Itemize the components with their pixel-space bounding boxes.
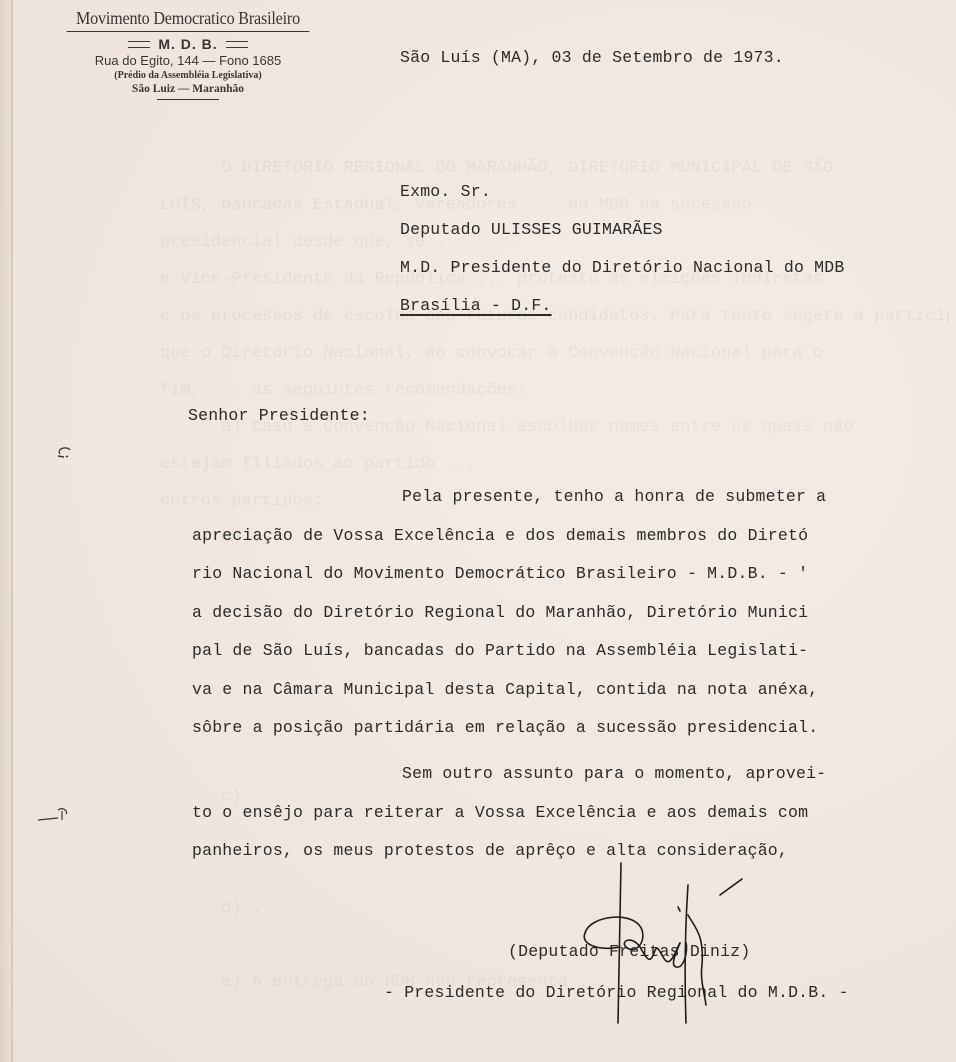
body-paragraph-2: Sem outro assunto para o momento, aprove… xyxy=(192,755,826,871)
double-rule-right xyxy=(226,41,248,48)
letterhead-abbreviation-row: M. D. B. xyxy=(56,36,320,52)
body-line: rio Nacional do Movimento Democrático Br… xyxy=(192,555,826,594)
letter-page: O DIRETÓRIO REGIONAL DO MARANHÃO, DIRETÓ… xyxy=(0,0,956,1062)
double-rule-left xyxy=(128,41,150,48)
recipient-block: Exmo. Sr. Deputado ULISSES GUIMARÃES M.D… xyxy=(400,173,844,325)
recipient-name: Deputado ULISSES GUIMARÃES xyxy=(400,211,844,249)
date-line: São Luís (MA), 03 de Setembro de 1973. xyxy=(400,48,784,67)
body-line: pal de São Luís, bancadas do Partido na … xyxy=(192,632,826,671)
letterhead-organization: Movimento Democratico Brasileiro xyxy=(67,8,310,32)
handwritten-signature-icon xyxy=(580,855,780,1025)
body-line: to o ensêjo para reiterar a Vossa Excelê… xyxy=(192,794,826,833)
body-line: Pela presente, tenho a honra de submeter… xyxy=(192,478,826,517)
body-line: Sem outro assunto para o momento, aprove… xyxy=(192,755,826,794)
recipient-location: Brasília - D.F. xyxy=(400,296,552,315)
letterhead-abbreviation: M. D. B. xyxy=(158,36,217,52)
letterhead: Movimento Democratico Brasileiro M. D. B… xyxy=(56,8,320,100)
body-line: apreciação de Vossa Excelência e dos dem… xyxy=(192,517,826,556)
recipient-position: M.D. Presidente do Diretório Nacional do… xyxy=(400,249,844,287)
margin-mark-icon xyxy=(36,806,76,824)
letterhead-address: Rua do Egito, 144 — Fono 1685 xyxy=(56,53,320,68)
salutation: Senhor Presidente: xyxy=(188,406,370,425)
letterhead-rule xyxy=(157,99,219,100)
body-line: a decisão do Diretório Regional do Maran… xyxy=(192,594,826,633)
body-line: sôbre a posição partidária em relação a … xyxy=(192,709,826,748)
letterhead-building: (Prédio da Assembléia Legislativa) xyxy=(56,70,320,81)
body-line: va e na Câmara Municipal desta Capital, … xyxy=(192,671,826,710)
body-paragraph-1: Pela presente, tenho a honra de submeter… xyxy=(192,478,826,748)
margin-mark-icon xyxy=(52,444,76,462)
recipient-salutation-title: Exmo. Sr. xyxy=(400,173,844,211)
paper-fold-line xyxy=(11,0,13,1062)
letterhead-city: São Luiz — Maranhão xyxy=(56,83,320,95)
